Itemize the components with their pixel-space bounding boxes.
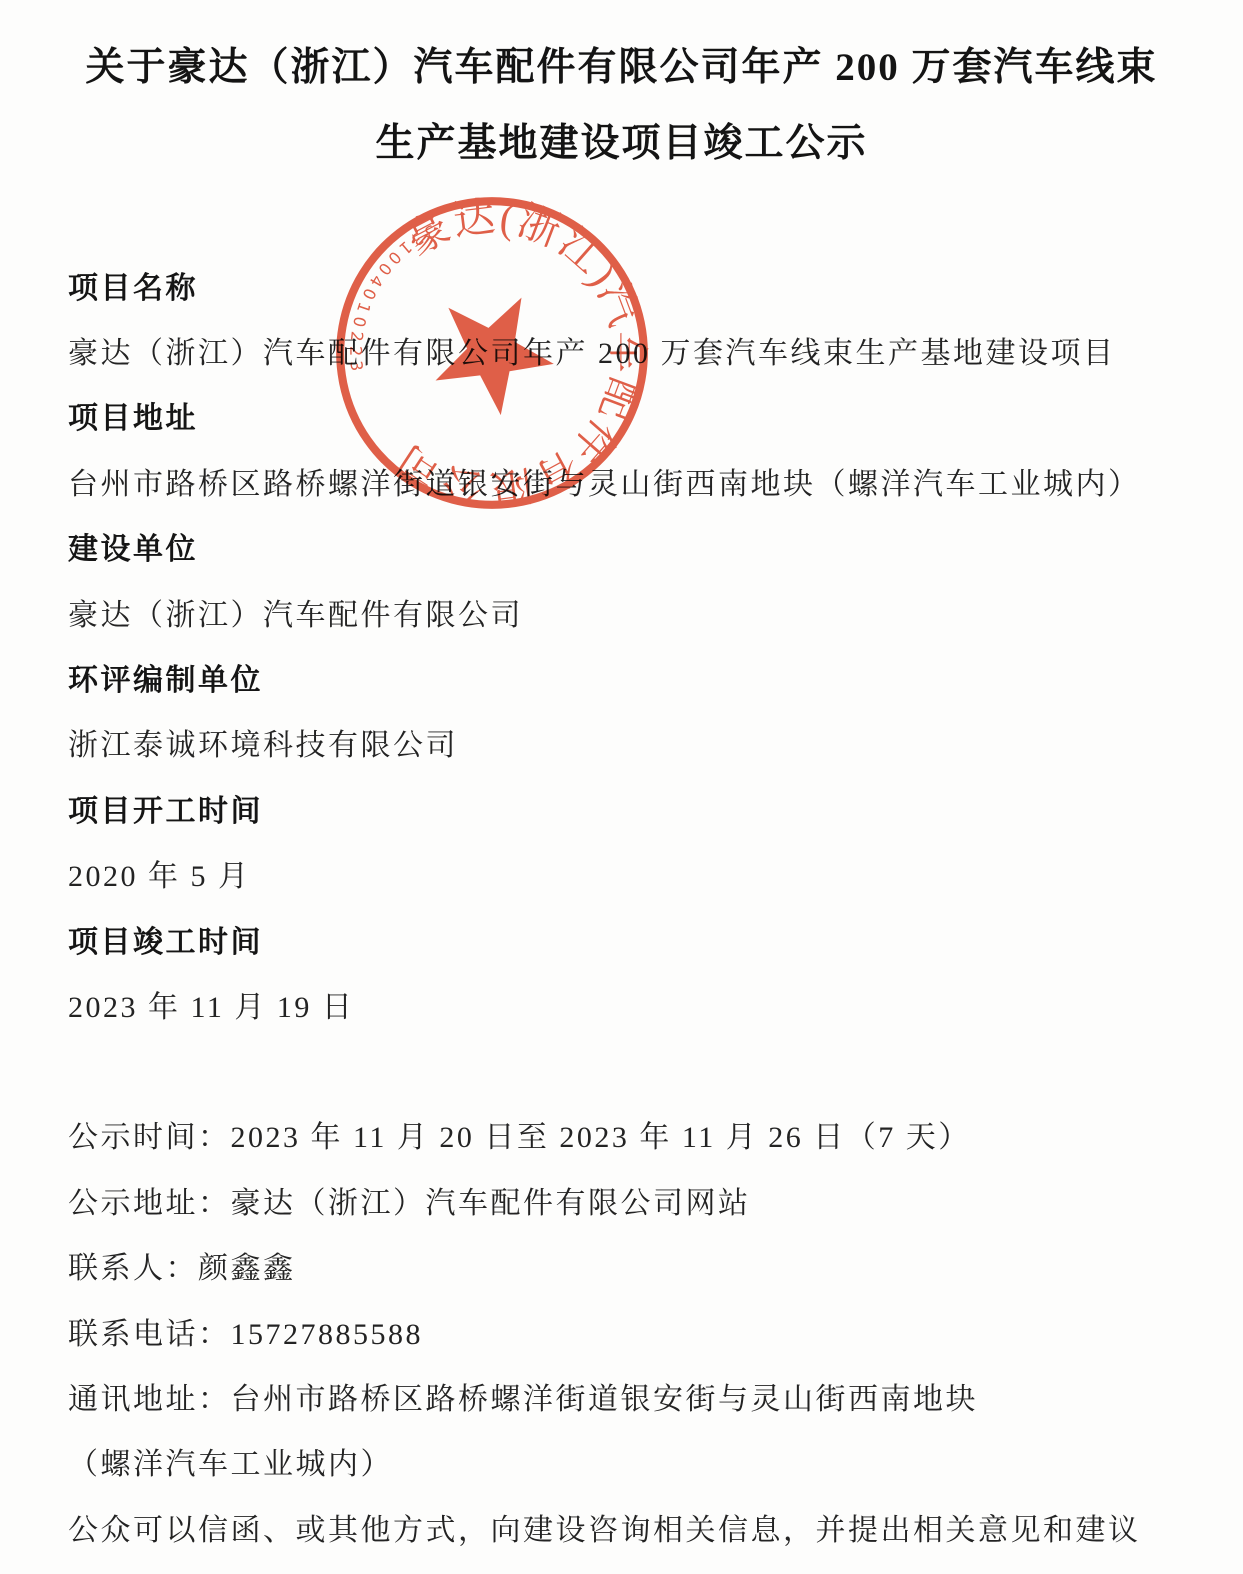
notice-mailing-address: 通讯地址：台州市路桥区路桥螺洋街道银安街与灵山街西南地块	[68, 1363, 1207, 1428]
field-value-project-name: 豪达（浙江）汽车配件有限公司年产 200 万套汽车线束生产基地建设项目	[68, 317, 1207, 382]
document-body: 项目名称 豪达（浙江）汽车配件有限公司年产 200 万套汽车线束生产基地建设项目…	[68, 252, 1207, 1559]
notice-publicity-site: 公示地址：豪达（浙江）汽车配件有限公司网站	[68, 1167, 1207, 1232]
field-value-start-date: 2020 年 5 月	[68, 841, 1207, 906]
notice-contact-phone: 联系电话：15727885588	[68, 1298, 1207, 1363]
title-line-1: 关于豪达（浙江）汽车配件有限公司年产 200 万套汽车线束	[0, 30, 1243, 106]
field-label-construction-unit: 建设单位	[68, 514, 1207, 579]
field-value-completion-date: 2023 年 11 月 19 日	[68, 971, 1207, 1036]
field-label-completion-date: 项目竣工时间	[68, 906, 1207, 971]
field-value-eia-unit: 浙江泰诚环境科技有限公司	[68, 710, 1207, 775]
notice-contact-person: 联系人：颜鑫鑫	[68, 1232, 1207, 1297]
field-label-eia-unit: 环评编制单位	[68, 644, 1207, 709]
field-label-project-address: 项目地址	[68, 383, 1207, 448]
title-line-2: 生产基地建设项目竣工公示	[0, 106, 1243, 182]
notice-public-feedback: 公众可以信函、或其他方式，向建设咨询相关信息，并提出相关意见和建议	[68, 1494, 1207, 1559]
field-label-start-date: 项目开工时间	[68, 775, 1207, 840]
notice-mailing-address-cont: （螺洋汽车工业城内）	[68, 1429, 1207, 1494]
field-label-project-name: 项目名称	[68, 252, 1207, 317]
notice-publicity-period: 公示时间：2023 年 11 月 20 日至 2023 年 11 月 26 日（…	[68, 1102, 1207, 1167]
field-value-project-address: 台州市路桥区路桥螺洋街道银安街与灵山街西南地块（螺洋汽车工业城内）	[68, 448, 1207, 513]
field-value-construction-unit: 豪达（浙江）汽车配件有限公司	[68, 579, 1207, 644]
document-page: 关于豪达（浙江）汽车配件有限公司年产 200 万套汽车线束 生产基地建设项目竣工…	[0, 0, 1243, 1574]
document-title: 关于豪达（浙江）汽车配件有限公司年产 200 万套汽车线束 生产基地建设项目竣工…	[0, 30, 1243, 182]
